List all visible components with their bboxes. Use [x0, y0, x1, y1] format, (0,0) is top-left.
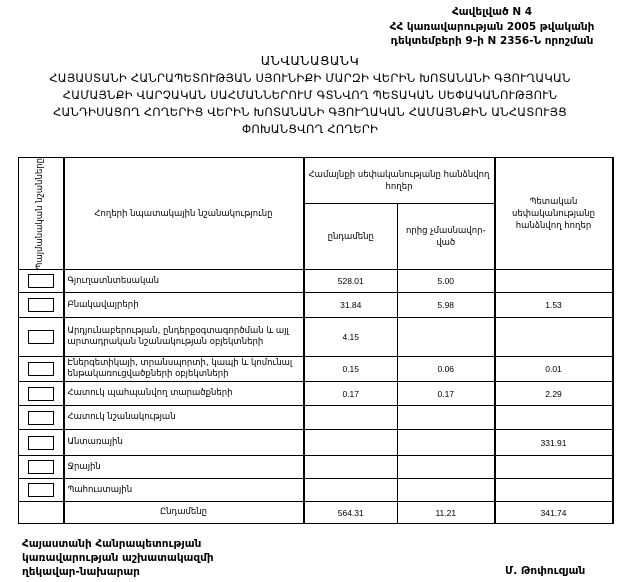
legend-swatch [28, 330, 54, 344]
state-value: 0.01 [495, 357, 613, 382]
legend-swatch [28, 298, 54, 312]
header-total: ընդամենը [304, 204, 398, 270]
totals-of-which: 11.21 [398, 502, 495, 524]
land-type-name: Արդյունաբերության, ընդերքօգտագործման և ա… [64, 318, 304, 357]
table-row: Հատուկ պահպանվող տարածքների0.170.172.29 [19, 382, 613, 406]
legend-swatch [28, 460, 54, 474]
table-row: Արդյունաբերության, ընդերքօգտագործման և ա… [19, 318, 613, 357]
document-subtitle: ՀԱՅԱՍՏԱՆԻ ՀԱՆՐԱՊԵՏՈՒԹՅԱՆ ՍՅՈՒՆԻՔԻ ՄԱՐԶԻ … [20, 70, 600, 138]
community-of-which: 0.17 [398, 382, 495, 406]
table-row: Ջրային [19, 456, 613, 479]
header-state: Պետական սեփականությանը հանձնվող հողեր [495, 158, 613, 270]
land-type-name: Էներգետիկայի, տրանսպորտի, կապի և կոմունա… [64, 357, 304, 382]
land-type-name: Անտառային [64, 430, 304, 456]
community-total: 4.15 [304, 318, 398, 357]
legend-code-cell [19, 406, 64, 430]
totals-total: 564.31 [304, 502, 398, 524]
community-total [304, 406, 398, 430]
table-row: Հատուկ նշանակության [19, 406, 613, 430]
legend-code-cell [19, 382, 64, 406]
header-land-type: Հողերի նպատակային նշանակությունը [64, 158, 304, 270]
table-row: Անտառային331.91 [19, 430, 613, 456]
header-of-which: որից չմասնավոր- ված [398, 204, 495, 270]
community-of-which [398, 479, 495, 502]
land-type-name: Հատուկ նշանակության [64, 406, 304, 430]
document-title: ԱՆՎԱՆԱՑԱՆԿ [0, 53, 620, 68]
state-value [495, 318, 613, 357]
community-total [304, 479, 398, 502]
legend-swatch [28, 436, 54, 450]
land-type-name: Բնակավայրերի [64, 293, 304, 318]
table-row: Բնակավայրերի31.845.981.53 [19, 293, 613, 318]
legend-swatch [28, 411, 54, 425]
community-of-which [398, 318, 495, 357]
subtitle-line: ՓՈԽԱՆՑՎՈՂ ՀՈՂԵՐԻ [20, 121, 600, 138]
subtitle-line: ՀԱՅԱՍՏԱՆԻ ՀԱՆՐԱՊԵՏՈՒԹՅԱՆ ՍՅՈՒՆԻՔԻ ՄԱՐԶԻ … [20, 70, 600, 87]
community-of-which: 5.00 [398, 270, 495, 293]
community-total [304, 456, 398, 479]
legend-code-cell [19, 456, 64, 479]
land-type-name: Պահուստային [64, 479, 304, 502]
subtitle-line: ՀԱՄԱՅՆՔԻ ՎԱՐՉԱԿԱՆ ՍԱՀՄԱՆՆԵՐՈՒՄ ԳՏՆՎՈՂ ՊԵ… [20, 87, 600, 104]
community-total: 0.17 [304, 382, 398, 406]
table-row: Պահուստային [19, 479, 613, 502]
legend-code-cell [19, 479, 64, 502]
legend-code-cell [19, 357, 64, 382]
signatory-name: Մ. Թոփուզյան [505, 565, 585, 577]
legend-code-cell [19, 318, 64, 357]
community-of-which [398, 430, 495, 456]
totals-label: Ընդամենը [64, 502, 304, 524]
land-table: Պայմանական նշանները Հողերի նպատակային նշ… [18, 157, 614, 524]
legend-code-cell [19, 293, 64, 318]
community-total [304, 430, 398, 456]
land-type-name: Գյուղատնտեսական [64, 270, 304, 293]
state-value [495, 456, 613, 479]
appendix-number: Հավելված N 4 [312, 5, 612, 20]
table-row: Էներգետիկայի, տրանսպորտի, կապի և կոմունա… [19, 357, 613, 382]
totals-row: Ընդամենը 564.31 11.21 341.74 [19, 502, 613, 524]
state-value: 331.91 [495, 430, 613, 456]
legend-swatch [28, 274, 54, 288]
subtitle-line: ՀԱՆԴԻՍԱՑՈՂ ՀՈՂԵՐԻՑ ՎԵՐԻՆ ԽՈՏԱՆԱՆԻ ԳՅՈՒՂԱ… [20, 104, 600, 121]
appendix-header: Հավելված N 4 ՀՀ կառավարության 2005 թվակա… [312, 5, 612, 49]
appendix-decree-line: ՀՀ կառավարության 2005 թվականի [312, 20, 612, 35]
state-value: 1.53 [495, 293, 613, 318]
community-of-which: 5.98 [398, 293, 495, 318]
totals-state: 341.74 [495, 502, 613, 524]
community-total: 31.84 [304, 293, 398, 318]
state-value [495, 479, 613, 502]
state-value [495, 270, 613, 293]
appendix-decree-date: դեկտեմբերի 9-ի N 2356-Ն որոշման [312, 34, 612, 49]
legend-swatch [28, 483, 54, 497]
legend-code-cell [19, 270, 64, 293]
legend-swatch [28, 362, 54, 376]
land-type-name: Ջրային [64, 456, 304, 479]
header-community: Համայնքի սեփականությանը հանձնվող հողեր [304, 158, 495, 204]
community-of-which [398, 456, 495, 479]
community-total: 528.01 [304, 270, 398, 293]
community-total: 0.15 [304, 357, 398, 382]
land-type-name: Հատուկ պահպանվող տարածքների [64, 382, 304, 406]
header-code: Պայմանական նշանները [19, 158, 64, 270]
legend-swatch [28, 387, 54, 401]
table-row: Գյուղատնտեսական528.015.00 [19, 270, 613, 293]
signatory-title: Հայաստանի Հանրապետության կառավարության ա… [22, 537, 214, 579]
legend-code-cell [19, 430, 64, 456]
community-of-which: 0.06 [398, 357, 495, 382]
state-value [495, 406, 613, 430]
community-of-which [398, 406, 495, 430]
state-value: 2.29 [495, 382, 613, 406]
